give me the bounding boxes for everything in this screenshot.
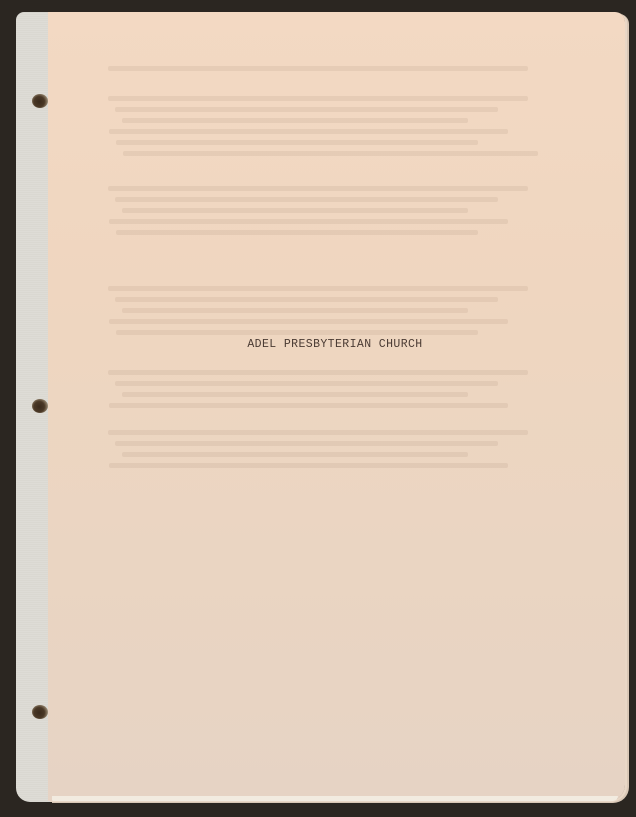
bleed-line: [122, 118, 468, 123]
bleed-line: [116, 330, 478, 335]
bleed-line: [123, 151, 538, 156]
bleed-line: [122, 208, 468, 213]
punch-hole-icon: [32, 399, 48, 413]
bleed-line: [109, 463, 508, 468]
bleed-line: [116, 140, 478, 145]
scanned-document: ADEL PRESBYTERIAN CHURCH: [0, 0, 636, 817]
bleed-line: [122, 392, 468, 397]
page-edge: [52, 796, 618, 801]
bleed-line: [115, 107, 498, 112]
bleed-line: [115, 441, 498, 446]
bleed-line: [116, 230, 478, 235]
bleed-line: [115, 297, 498, 302]
bleed-line: [108, 370, 528, 375]
punch-hole-icon: [32, 705, 48, 719]
bleed-line: [122, 308, 468, 313]
bleed-line: [108, 186, 528, 191]
bleed-line: [108, 286, 528, 291]
bleed-line: [108, 430, 528, 435]
bleed-line: [115, 197, 498, 202]
bleed-line: [115, 381, 498, 386]
bleed-line: [108, 96, 528, 101]
page-title: ADEL PRESBYTERIAN CHURCH: [0, 338, 636, 351]
bleed-line: [122, 452, 468, 457]
punch-hole-icon: [32, 94, 48, 108]
bleed-line: [109, 403, 508, 408]
bleed-line: [108, 66, 528, 71]
bleed-line: [109, 129, 508, 134]
bleed-line: [109, 319, 508, 324]
bleed-line: [109, 219, 508, 224]
